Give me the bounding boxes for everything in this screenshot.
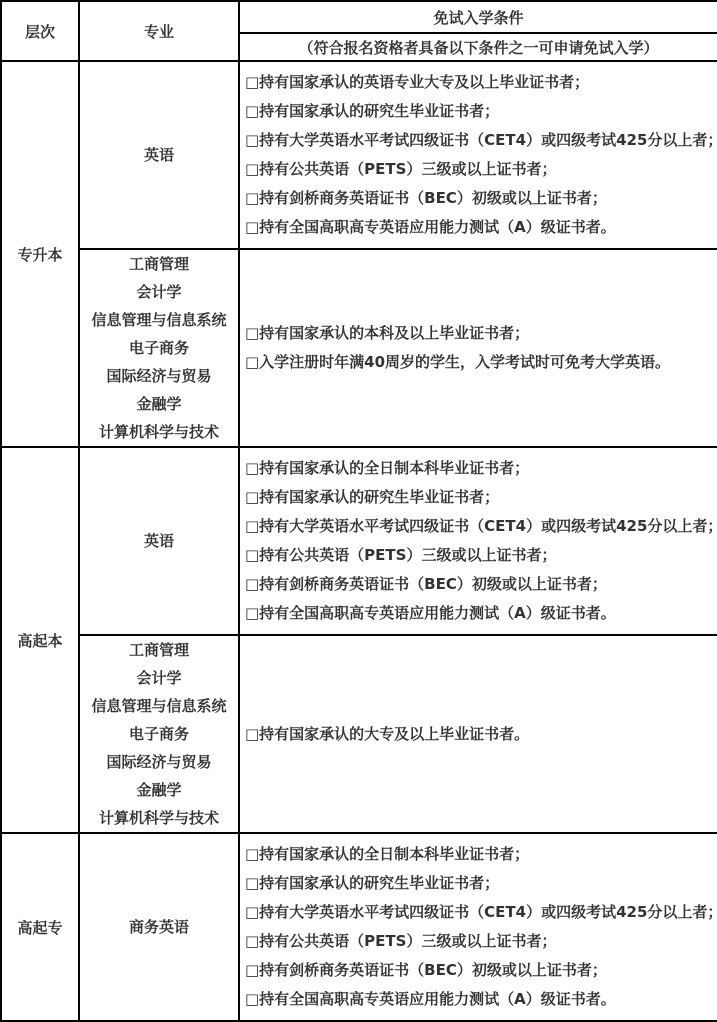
condition-line: □持有全国高职高专英语应用能力测试（A）级证书者。 <box>245 985 711 1014</box>
table-row: 工商管理会计学信息管理与信息系统电子商务国际经济与贸易金融学计算机科学与技术 □… <box>1 249 717 447</box>
major-line: 国际经济与贸易 <box>80 748 238 776</box>
header-conditions-title: 免试入学条件 <box>239 1 717 33</box>
major-line: 会计学 <box>80 278 238 306</box>
major-line: 计算机科学与技术 <box>80 804 238 832</box>
table-row: 高起专 商务英语 □持有国家承认的全日制本科毕业证书者；□持有国家承认的研究生毕… <box>1 833 717 1021</box>
condition-line: □持有剑桥商务英语证书（BEC）初级或以上证书者； <box>245 570 711 599</box>
condition-line: □持有国家承认的英语专业大专及以上毕业证书者； <box>245 68 711 97</box>
major-line: 商务英语 <box>80 913 238 941</box>
condition-line: □持有国家承认的本科及以上毕业证书者； <box>245 319 711 348</box>
major-line: 电子商务 <box>80 334 238 362</box>
major-line: 英语 <box>80 527 238 555</box>
level-cell-gaoqizhuan: 高起专 <box>1 833 79 1021</box>
major-line: 国际经济与贸易 <box>80 362 238 390</box>
condition-line: □持有公共英语（PETS）三级或以上证书者； <box>245 155 711 184</box>
table-row: 高起本 英语 □持有国家承认的全日制本科毕业证书者；□持有国家承认的研究生毕业证… <box>1 447 717 635</box>
major-line: 工商管理 <box>80 250 238 278</box>
condition-line: □持有大学英语水平考试四级证书（CET4）或四级考试425分以上者； <box>245 512 711 541</box>
header-major: 专业 <box>79 1 239 61</box>
major-cell-majors-list: 工商管理会计学信息管理与信息系统电子商务国际经济与贸易金融学计算机科学与技术 <box>79 635 239 833</box>
major-line: 金融学 <box>80 776 238 804</box>
condition-line: □持有全国高职高专英语应用能力测试（A）级证书者。 <box>245 599 711 628</box>
major-line: 电子商务 <box>80 720 238 748</box>
conditions-cell: □持有国家承认的英语专业大专及以上毕业证书者；□持有国家承认的研究生毕业证书者；… <box>239 61 717 249</box>
major-line: 金融学 <box>80 390 238 418</box>
major-line: 信息管理与信息系统 <box>80 306 238 334</box>
condition-line: □持有国家承认的大专及以上毕业证书者。 <box>245 720 711 749</box>
condition-line: □持有国家承认的研究生毕业证书者； <box>245 869 711 898</box>
condition-line: □持有大学英语水平考试四级证书（CET4）或四级考试425分以上者； <box>245 126 711 155</box>
condition-line: □持有公共英语（PETS）三级或以上证书者； <box>245 927 711 956</box>
major-line: 工商管理 <box>80 636 238 664</box>
admission-conditions-table: 层次 专业 免试入学条件 （符合报名资格者具备以下条件之一可申请免试入学） 专升… <box>0 0 717 1022</box>
condition-line: □持有大学英语水平考试四级证书（CET4）或四级考试425分以上者； <box>245 898 711 927</box>
major-line: 信息管理与信息系统 <box>80 692 238 720</box>
major-line: 会计学 <box>80 664 238 692</box>
condition-line: □持有公共英语（PETS）三级或以上证书者； <box>245 541 711 570</box>
condition-line: □持有国家承认的研究生毕业证书者； <box>245 483 711 512</box>
header-conditions-subtitle: （符合报名资格者具备以下条件之一可申请免试入学） <box>239 33 717 61</box>
major-line: 英语 <box>80 141 238 169</box>
header-level: 层次 <box>1 1 79 61</box>
conditions-cell: □持有国家承认的本科及以上毕业证书者；□入学注册时年满40周岁的学生，入学考试时… <box>239 249 717 447</box>
condition-line: □持有国家承认的研究生毕业证书者； <box>245 97 711 126</box>
major-cell-business-english: 商务英语 <box>79 833 239 1021</box>
major-cell-english: 英语 <box>79 61 239 249</box>
major-cell-english: 英语 <box>79 447 239 635</box>
condition-line: □持有国家承认的全日制本科毕业证书者； <box>245 840 711 869</box>
condition-line: □持有剑桥商务英语证书（BEC）初级或以上证书者； <box>245 184 711 213</box>
conditions-cell: □持有国家承认的全日制本科毕业证书者；□持有国家承认的研究生毕业证书者；□持有大… <box>239 833 717 1021</box>
major-line: 计算机科学与技术 <box>80 418 238 446</box>
condition-line: □持有全国高职高专英语应用能力测试（A）级证书者。 <box>245 213 711 242</box>
conditions-cell: □持有国家承认的大专及以上毕业证书者。 <box>239 635 717 833</box>
table-row: 工商管理会计学信息管理与信息系统电子商务国际经济与贸易金融学计算机科学与技术 □… <box>1 635 717 833</box>
major-cell-majors-list: 工商管理会计学信息管理与信息系统电子商务国际经济与贸易金融学计算机科学与技术 <box>79 249 239 447</box>
table-row: 专升本 英语 □持有国家承认的英语专业大专及以上毕业证书者；□持有国家承认的研究… <box>1 61 717 249</box>
level-cell-gaoqiben: 高起本 <box>1 447 79 833</box>
condition-line: □入学注册时年满40周岁的学生，入学考试时可免考大学英语。 <box>245 348 711 377</box>
level-cell-zhuanshengben: 专升本 <box>1 61 79 447</box>
condition-line: □持有国家承认的全日制本科毕业证书者； <box>245 454 711 483</box>
conditions-cell: □持有国家承认的全日制本科毕业证书者；□持有国家承认的研究生毕业证书者；□持有大… <box>239 447 717 635</box>
condition-line: □持有剑桥商务英语证书（BEC）初级或以上证书者； <box>245 956 711 985</box>
